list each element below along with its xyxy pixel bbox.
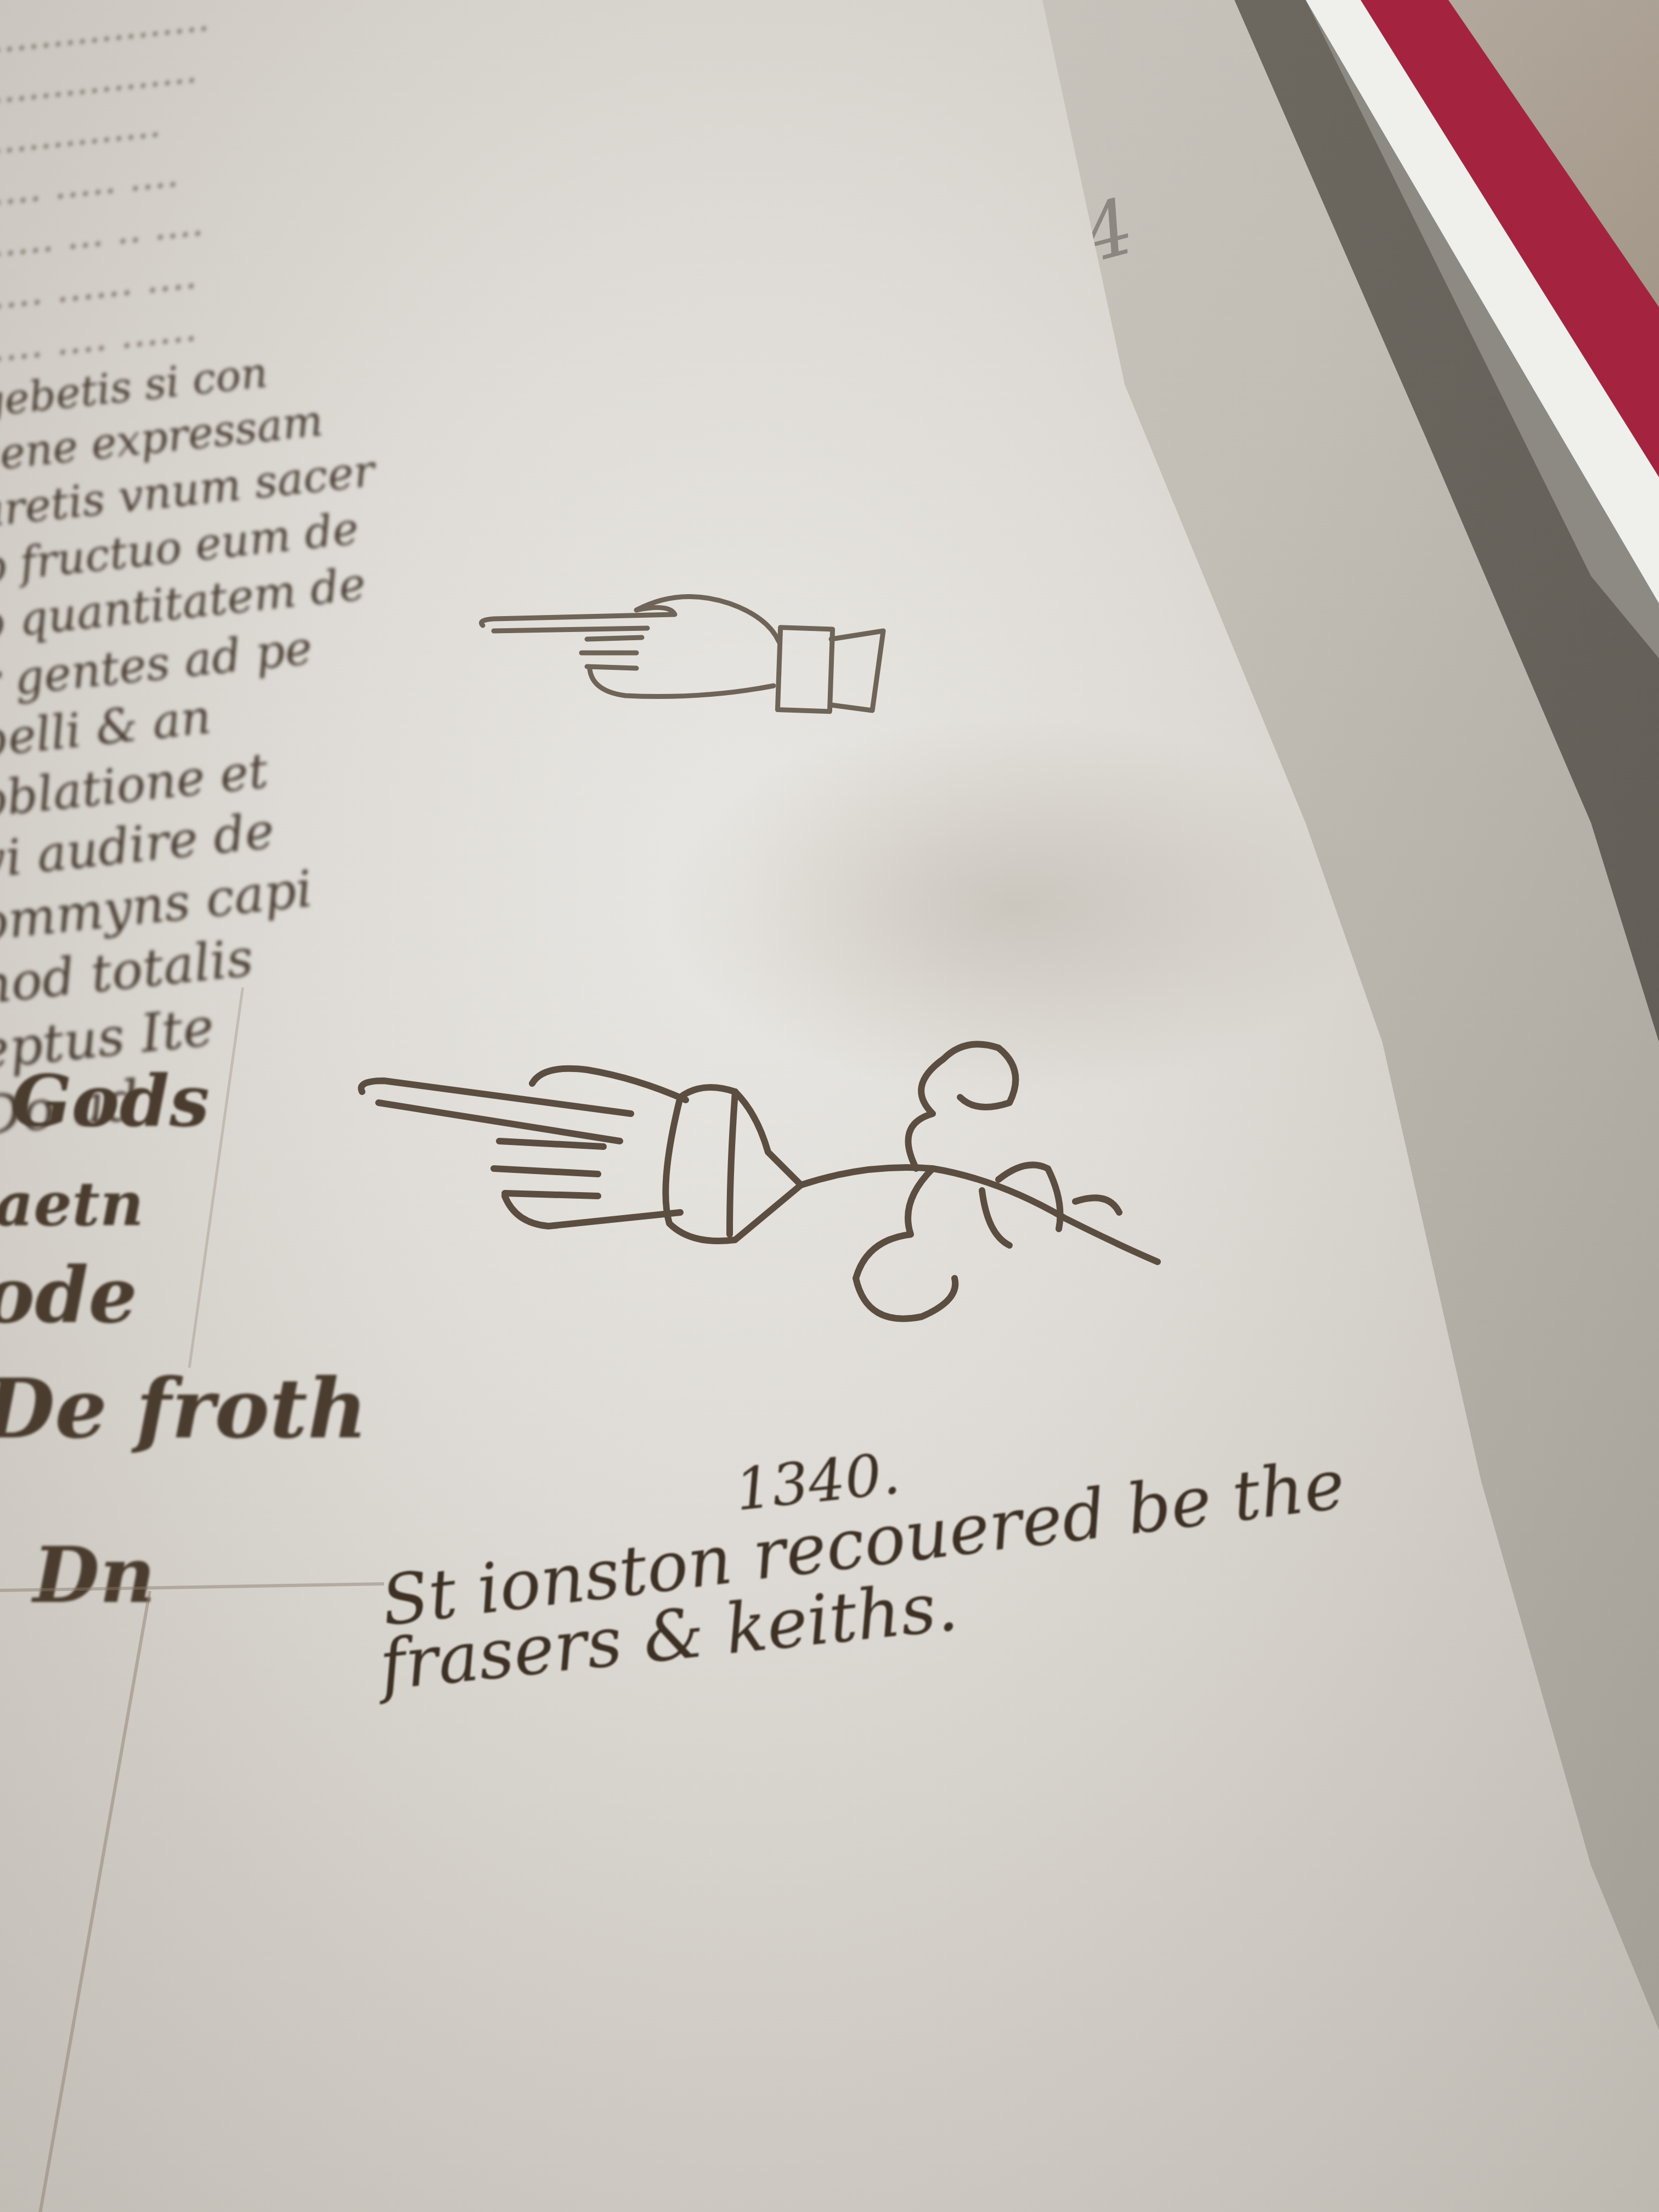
- upper-manicule-icon: [472, 576, 911, 719]
- lower-manicule-icon: [351, 1004, 1256, 1355]
- text-word: ode: [0, 1251, 137, 1341]
- manuscript-photo: 4 ................... ..................…: [0, 0, 1659, 2212]
- main-text-block: ................... .................. .…: [0, 22, 527, 1156]
- text-word: Dn: [33, 1531, 155, 1621]
- text-word: aetn: [0, 1169, 144, 1239]
- text-word: Gods: [11, 1059, 210, 1143]
- text-word: De froth: [0, 1361, 368, 1457]
